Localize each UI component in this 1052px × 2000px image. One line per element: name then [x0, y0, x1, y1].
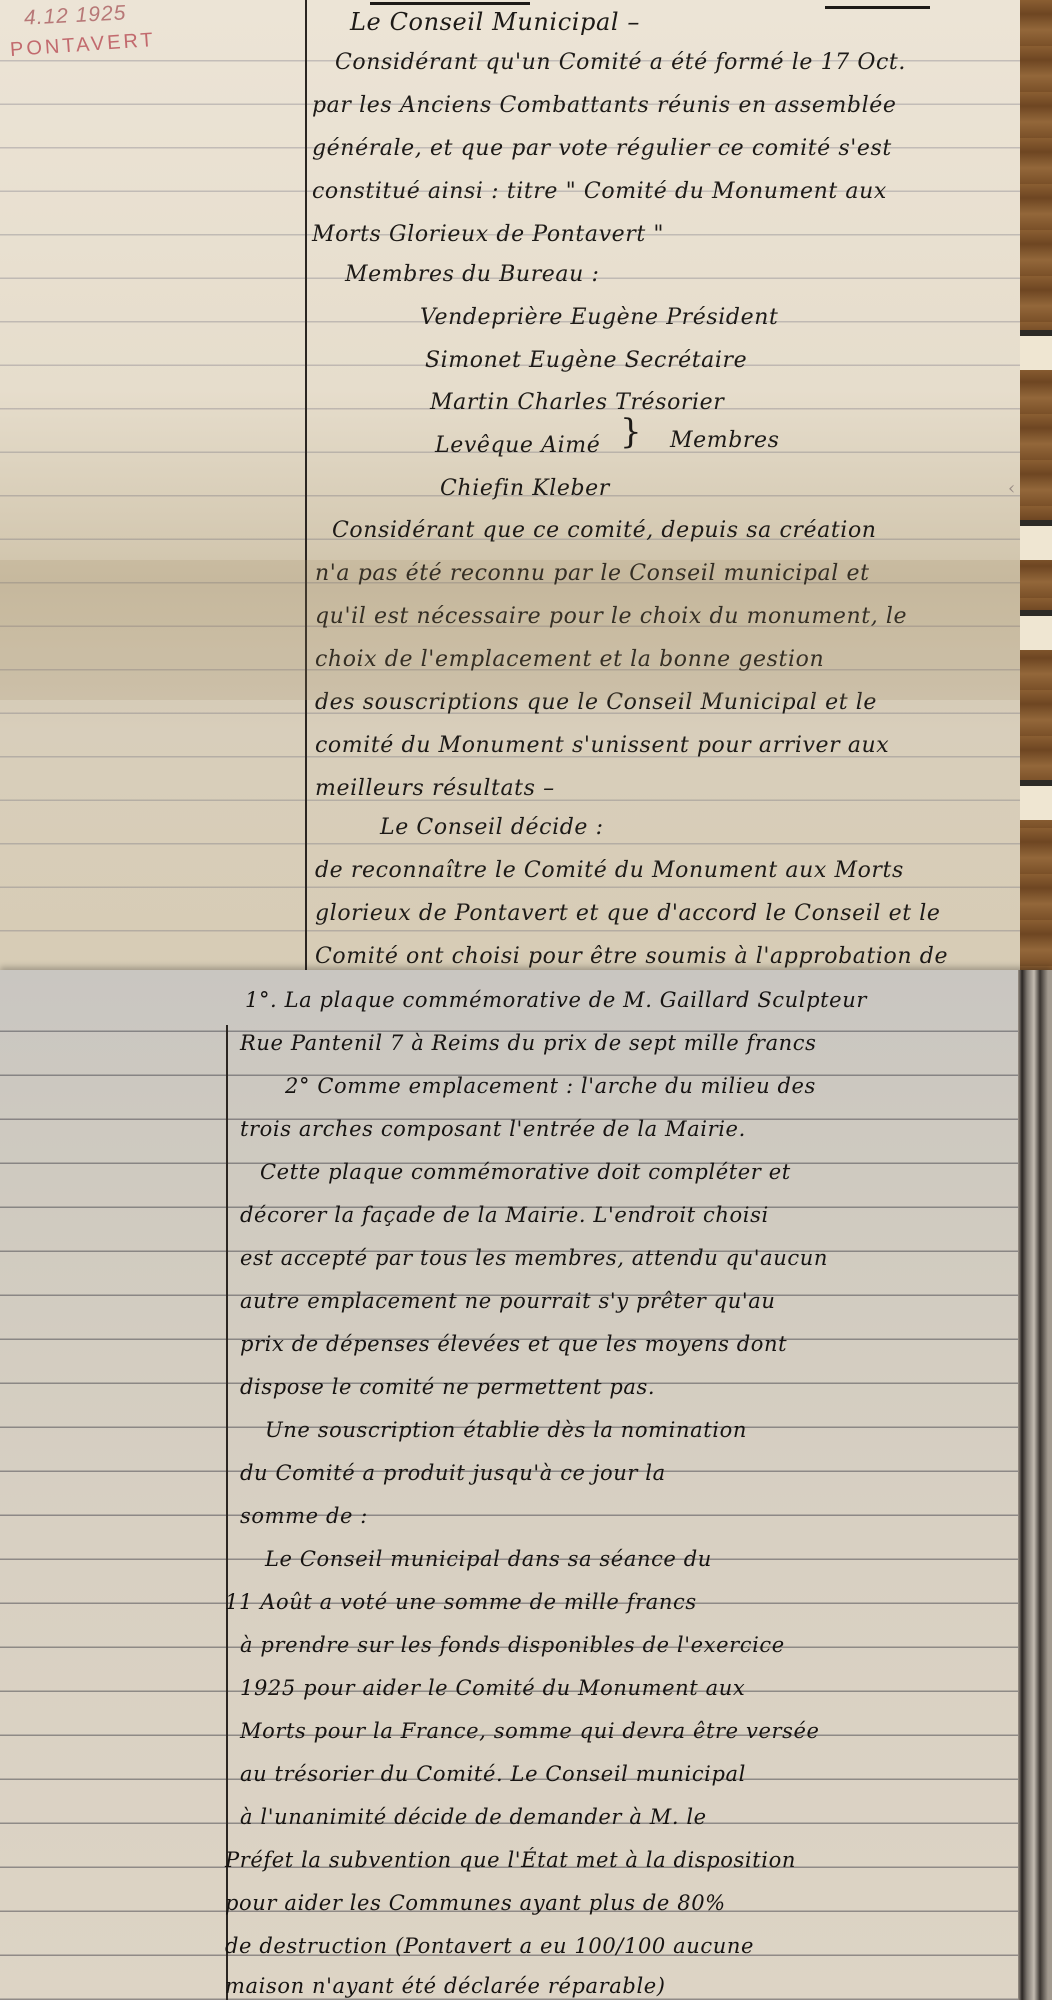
register-page-1: 4.12 1925 PONTAVERT Le Conseil Municipal… [0, 0, 1020, 975]
annotation-date: 4.12 1925 [23, 1, 127, 30]
text-line: 1925 pour aider le Comité du Monument au… [240, 1676, 745, 1700]
text-line: décorer la façade de la Mairie. L'endroi… [240, 1203, 769, 1227]
text-line: Une souscription établie dès la nominati… [265, 1418, 747, 1442]
text-line: du Comité a produit jusqu'à ce jour la [240, 1461, 666, 1485]
arrow-mark-icon: ‹ [1008, 478, 1015, 499]
text-line: Le Conseil municipal dans sa séance du [265, 1547, 712, 1571]
text-line: qu'il est nécessaire pour le choix du mo… [315, 604, 907, 629]
text-line: Morts pour la France, somme qui devra êt… [240, 1719, 820, 1743]
register-binding-edge [1018, 970, 1052, 2000]
text-line: par les Anciens Combattants réunis en as… [312, 93, 896, 118]
text-line: Le Conseil décide : [380, 815, 604, 840]
text-line: générale, et que par vote régulier ce co… [312, 136, 892, 161]
brace: } [620, 412, 642, 452]
member-line: Vendeprière Eugène Président [420, 305, 778, 330]
member-label: Membres [670, 428, 780, 453]
member-line: Simonet Eugène Secrétaire [425, 348, 747, 373]
text-line: Considérant qu'un Comité a été formé le … [335, 50, 906, 75]
page-edge-strip [1018, 330, 1052, 370]
text-line: à prendre sur les fonds disponibles de l… [240, 1633, 785, 1657]
text-line: dispose le comité ne permettent pas. [240, 1375, 655, 1399]
text-line: Considérant que ce comité, depuis sa cré… [332, 518, 877, 543]
text-line: Membres du Bureau : [345, 262, 600, 287]
page-edge-strip [1018, 610, 1052, 650]
text-line: Cette plaque commémorative doit compléte… [260, 1160, 791, 1184]
text-line: constitué ainsi : titre " Comité du Monu… [312, 179, 887, 204]
text-line: trois arches composant l'entrée de la Ma… [240, 1117, 746, 1141]
text-line: des souscriptions que le Conseil Municip… [315, 690, 877, 715]
text-line: autre emplacement ne pourrait s'y prêter… [240, 1289, 775, 1313]
text-line: de destruction (Pontavert a eu 100/100 a… [225, 1934, 754, 1958]
text-line: glorieux de Pontavert et que d'accord le… [315, 901, 941, 926]
text-line: Préfet la subvention que l'État met à la… [225, 1848, 796, 1872]
member-line: Chiefin Kleber [440, 476, 610, 501]
text-line: maison n'ayant été déclarée réparable) [225, 1974, 666, 1998]
heading-rule [370, 2, 530, 5]
member-line: Levêque Aimé [435, 433, 600, 458]
heading-rule [825, 6, 930, 9]
text-line: 11 Août a voté une somme de mille francs [225, 1590, 697, 1614]
text-line: somme de : [240, 1504, 368, 1528]
page-edge-strip [1018, 520, 1052, 560]
text-line: comité du Monument s'unissent pour arriv… [315, 733, 889, 758]
text-line: 2° Comme emplacement : l'arche du milieu… [285, 1074, 816, 1098]
text-line: meilleurs résultats – [315, 776, 555, 801]
text-line: prix de dépenses élevées et que les moye… [240, 1332, 787, 1356]
margin-line [305, 0, 307, 975]
text-line: pour aider les Communes ayant plus de 80… [225, 1891, 726, 1915]
member-line: Martin Charles Trésorier [430, 390, 724, 415]
register-page-2: M. le Préfet : 1°. La plaque commémorati… [0, 970, 1052, 2000]
text-line: Rue Pantenil 7 à Reims du prix de sept m… [240, 1031, 817, 1055]
text-line: n'a pas été reconnu par le Conseil munic… [315, 561, 870, 586]
text-line: 1°. La plaque commémorative de M. Gailla… [245, 988, 867, 1012]
text-line: de reconnaître le Comité du Monument aux… [315, 858, 904, 883]
annotation-place: PONTAVERT [9, 29, 156, 62]
text-line: choix de l'emplacement et la bonne gesti… [315, 647, 824, 672]
heading-line: Le Conseil Municipal – [350, 8, 640, 36]
page-edge-strip [1018, 780, 1052, 820]
text-line: à l'unanimité décide de demander à M. le [240, 1805, 707, 1829]
text-line: est accepté par tous les membres, attend… [240, 1246, 828, 1270]
text-line: Comité ont choisi pour être soumis à l'a… [315, 944, 948, 969]
text-line: Morts Glorieux de Pontavert " [312, 222, 664, 247]
text-line: au trésorier du Comité. Le Conseil munic… [240, 1762, 746, 1786]
